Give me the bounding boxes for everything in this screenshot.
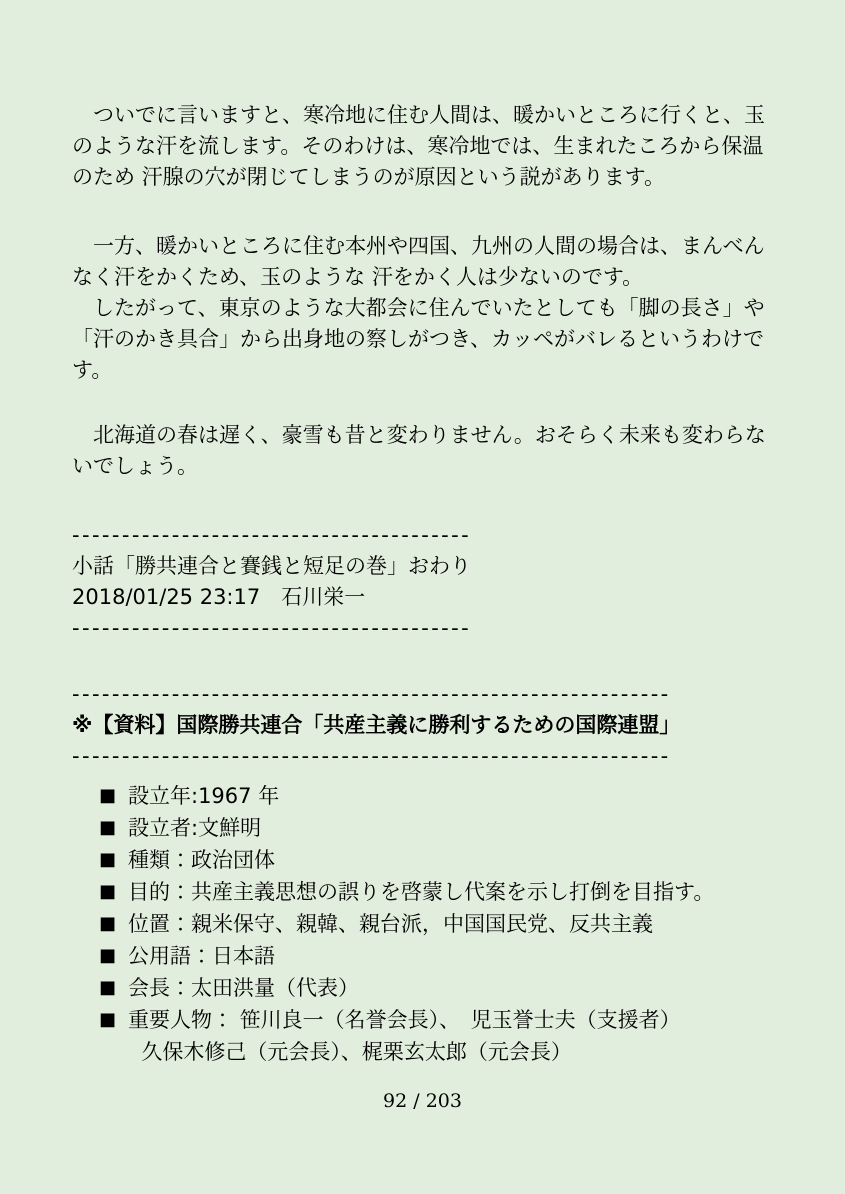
reference-section: ----------------------------------------… xyxy=(72,679,773,1068)
essay-paragraph-4: 北海道の春は遅く、豪雪も昔と変わりません。おそらく未来も変わらな いでしょう。 xyxy=(72,420,773,482)
square-bullet-icon: ■ xyxy=(99,1004,121,1036)
list-item: ■ 設立年:1967 年 xyxy=(72,780,773,812)
document-page: ついでに言いますと、寒冷地に住む人間は、暖かいところに行くと、玉 のような汗を流… xyxy=(0,0,845,1194)
list-item: ■ 位置：親米保守、親韓、親台派，中国国民党、反共主義 xyxy=(72,908,773,940)
square-bullet-icon: ■ xyxy=(99,844,121,876)
square-bullet-icon: ■ xyxy=(99,780,121,812)
essay-paragraph-1: ついでに言いますと、寒冷地に住む人間は、暖かいところに行くと、玉 のような汗を流… xyxy=(72,100,773,193)
square-bullet-icon: ■ xyxy=(99,876,121,908)
colophon-dateline: 2018/01/25 23:17 石川栄一 xyxy=(72,582,773,613)
square-bullet-icon: ■ xyxy=(99,812,121,844)
reference-divider-bottom: ----------------------------------------… xyxy=(72,741,773,772)
square-bullet-icon: ■ xyxy=(99,908,121,940)
list-item: ■ 設立者:文鮮明 xyxy=(72,812,773,844)
colophon-divider-bottom: ---------------------------------------- xyxy=(72,613,773,644)
essay-section: ついでに言いますと、寒冷地に住む人間は、暖かいところに行くと、玉 のような汗を流… xyxy=(72,100,773,482)
colophon-divider-top: ---------------------------------------- xyxy=(72,520,773,551)
reference-heading: ※【資料】国際勝共連合「共産主義に勝利するための国際連盟」 xyxy=(72,710,773,741)
reference-divider-top: ----------------------------------------… xyxy=(72,679,773,710)
essay-paragraph-3: したがって、東京のような大都会に住んでいたとしても「脚の長さ」や 「汗のかき具合… xyxy=(72,293,773,386)
list-item-text: 公用語：日本語 xyxy=(128,940,773,972)
list-item-text: 位置：親米保守、親韓、親台派，中国国民党、反共主義 xyxy=(128,908,773,940)
list-item-text: 設立年:1967 年 xyxy=(128,780,773,812)
list-item-text: 設立者:文鮮明 xyxy=(128,812,773,844)
list-item-text: 目的：共産主義思想の誤りを啓蒙し代案を示し打倒を目指す。 xyxy=(128,876,773,908)
colophon-title: 小話「勝共連合と賽銭と短足の巻」おわり xyxy=(72,551,773,582)
list-item: ■ 重要人物： 笹川良一（名誉会長）、 児玉誉士夫（支援者） 久保木修己（元会長… xyxy=(72,1004,773,1068)
list-item-text: 種類：政治団体 xyxy=(128,844,773,876)
list-item: ■ 目的：共産主義思想の誤りを啓蒙し代案を示し打倒を目指す。 xyxy=(72,876,773,908)
list-item-text: 重要人物： 笹川良一（名誉会長）、 児玉誉士夫（支援者） 久保木修己（元会長）、… xyxy=(128,1004,773,1068)
list-item: ■ 種類：政治団体 xyxy=(72,844,773,876)
square-bullet-icon: ■ xyxy=(99,972,121,1004)
fact-list: ■ 設立年:1967 年 ■ 設立者:文鮮明 ■ 種類：政治団体 ■ 目的：共産… xyxy=(72,780,773,1068)
list-item: ■ 公用語：日本語 xyxy=(72,940,773,972)
essay-paragraph-2: 一方、暖かいところに住む本州や四国、九州の人間の場合は、まんべん なく汗をかくた… xyxy=(72,231,773,293)
square-bullet-icon: ■ xyxy=(99,940,121,972)
list-item: ■ 会長：太田洪量（代表） xyxy=(72,972,773,1004)
colophon-block: ----------------------------------------… xyxy=(72,520,773,644)
list-item-text: 会長：太田洪量（代表） xyxy=(128,972,773,1004)
page-number-indicator: 92 / 203 xyxy=(72,1088,773,1114)
